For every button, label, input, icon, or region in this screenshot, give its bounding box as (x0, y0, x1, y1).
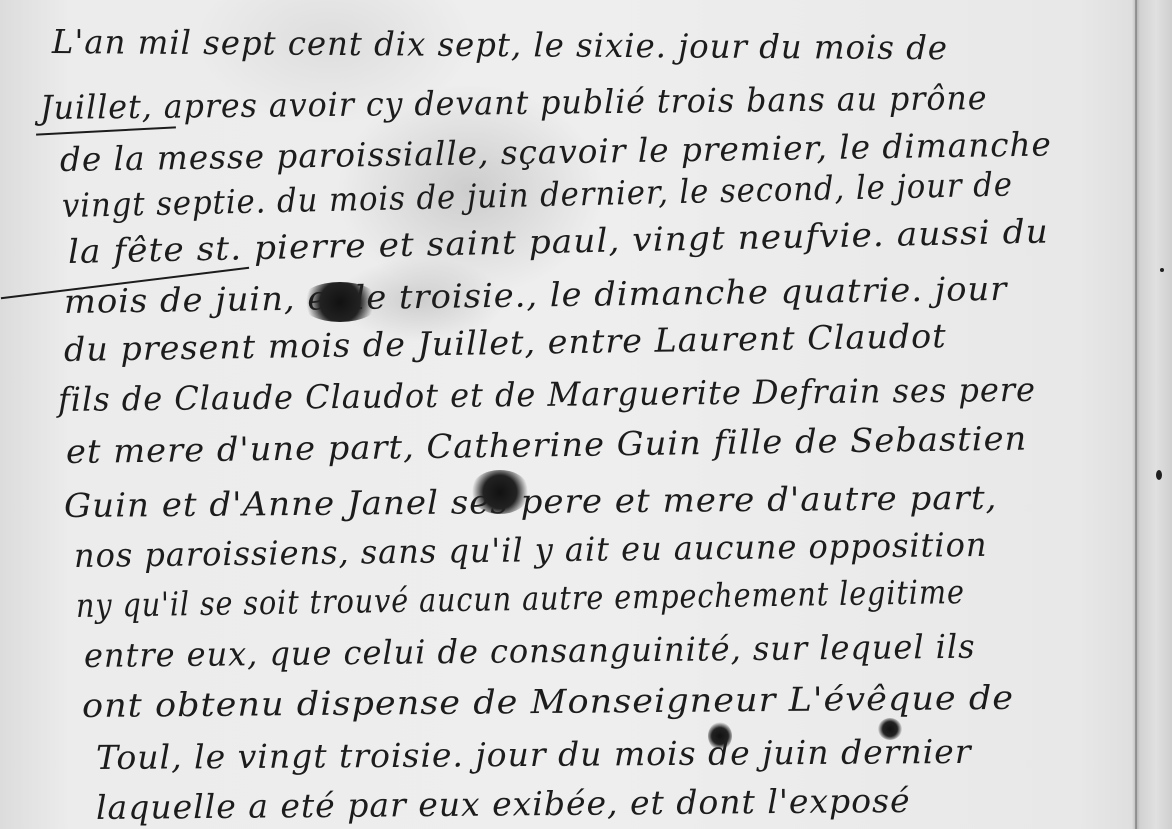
text-line-8: fils de Claude Claudot et de Marguerite … (58, 370, 1036, 419)
text-line-7: du present mois de Juillet, entre Lauren… (64, 316, 947, 369)
pen-stroke (36, 126, 176, 135)
ink-blot (708, 722, 732, 750)
text-line-16: laquelle a eté par eux exibée, et dont l… (96, 781, 911, 827)
text-line-12: ny qu'il se soit trouvé aucun autre empe… (76, 572, 965, 625)
text-line-9: et mere d'une part, Catherine Guin fille… (66, 419, 1028, 471)
text-line-15: Toul, le vingt troisie. jour du mois de … (96, 732, 972, 777)
ink-blot (470, 470, 530, 514)
text-line-13: entre eux, que celui de consanguinité, s… (84, 627, 976, 675)
ink-speck (1156, 470, 1162, 480)
ink-blot (878, 718, 902, 740)
register-page: L'an mil sept cent dix sept, le sixie. j… (0, 0, 1172, 829)
text-line-10: Guin et d'Anne Janel ses pere et mere d'… (64, 478, 998, 525)
ink-speck (1160, 268, 1164, 272)
text-line-6: mois de juin, et le troisie., le dimanch… (64, 269, 1008, 321)
binding-edge (1132, 0, 1172, 829)
ink-blot (300, 282, 380, 322)
text-line-11: nos paroissiens, sans qu'il y ait eu auc… (74, 525, 988, 575)
text-line-2: Juillet, apres avoir cy devant publié tr… (40, 78, 988, 127)
text-line-14: ont obtenu dispense de Monseigneur L'évê… (82, 678, 1014, 725)
text-line-1: L'an mil sept cent dix sept, le sixie. j… (52, 22, 948, 67)
